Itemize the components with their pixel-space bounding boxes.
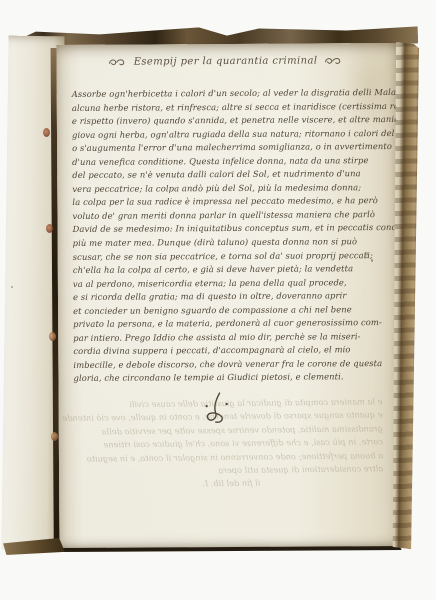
sewing-tacket: [46, 224, 53, 233]
page-title: Esempij per la quarantia criminal: [134, 55, 318, 67]
sewing-tacket: [49, 332, 56, 341]
manuscript-line: Assorbe ogn'herbicetta i calori d'un sec…: [72, 86, 390, 101]
dust-speck: [371, 259, 373, 262]
manuscript-line: e rispetto (invero) quando s'annida, et …: [72, 113, 390, 128]
scroll-flourish-icon: [324, 56, 342, 66]
bleedthrough-text: e la maniera compita di giudicar la gius…: [78, 395, 383, 492]
page-heading: Esempij per la quarantia criminal: [107, 55, 345, 67]
sewing-tacket: [43, 128, 50, 137]
margin-mark: 2: [364, 251, 369, 260]
bleedthrough-line: il fin del lib. I.: [79, 476, 383, 493]
sewing-tacket: [51, 432, 58, 441]
manuscript-line: più me mater mea. Dunque (dirà taluno) q…: [73, 235, 391, 250]
scroll-flourish-icon: [109, 57, 127, 67]
manuscript-body: Assorbe ogn'herbicetta i calori d'un sec…: [72, 86, 392, 386]
manuscript-page: Esempij per la quarantia criminal Assorb…: [56, 43, 401, 552]
manuscript-photo: Esempij per la quarantia criminal Assorb…: [0, 0, 436, 600]
manuscript-line: gloria, che circondano le tempie ai Giud…: [73, 370, 391, 385]
dust-speck: [11, 286, 13, 288]
manuscript-line: imbecille, e debole discorso, che dovrà …: [73, 357, 391, 372]
